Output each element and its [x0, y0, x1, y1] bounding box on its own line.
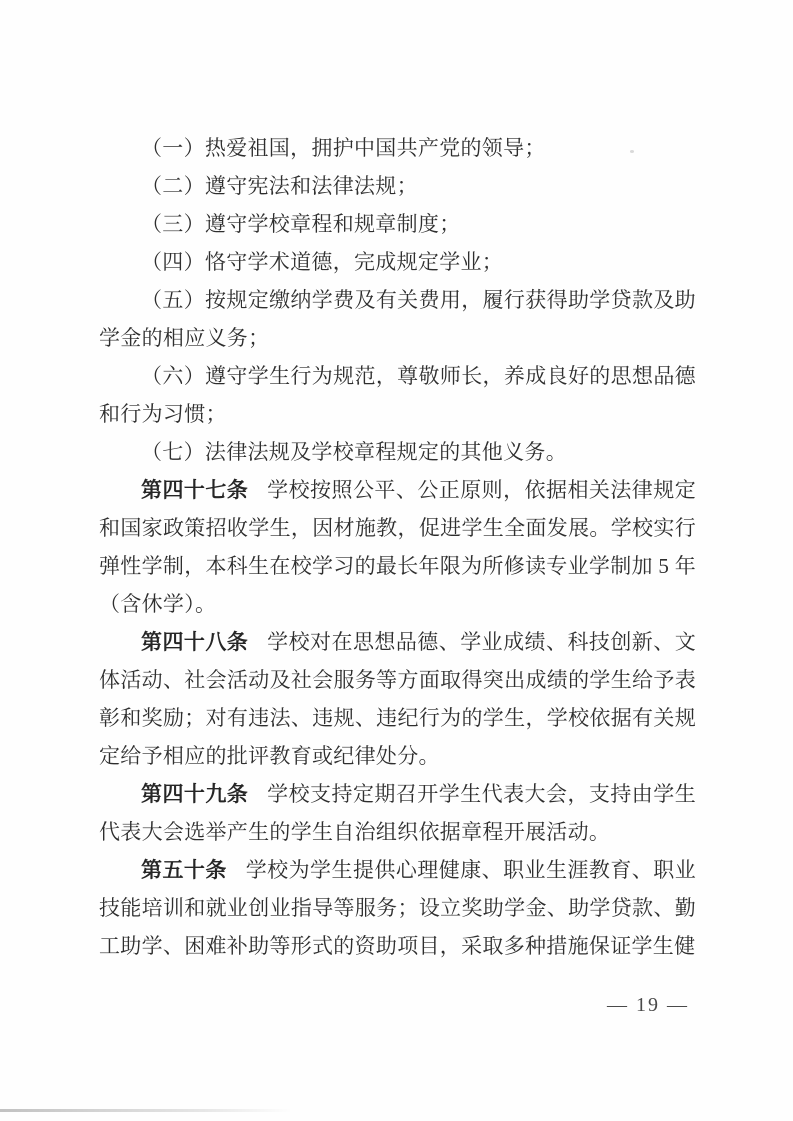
list-item-3: （三）遵守学校章程和规章制度； [99, 205, 696, 243]
scan-edge-artifact [0, 1109, 292, 1112]
list-item-4: （四）恪守学术道德，完成规定学业； [99, 243, 696, 281]
article-number: 第四十九条 [141, 782, 248, 806]
article-49: 第四十九条学校支持定期召开学生代表大会，支持由学生代表大会选举产生的学生自治组织… [99, 775, 696, 851]
list-item-1: （一）热爱祖国，拥护中国共产党的领导； [99, 129, 696, 167]
list-item-5: （五）按规定缴纳学费及有关费用，履行获得助学贷款及助学金的相应义务； [99, 281, 696, 357]
article-50: 第五十条学校为学生提供心理健康、职业生涯教育、职业技能培训和就业创业指导等服务；… [99, 851, 696, 965]
list-item-7: （七）法律法规及学校章程规定的其他义务。 [99, 433, 696, 471]
paragraph-text: （二）遵守宪法和法律法规； [141, 174, 418, 198]
document-page: （一）热爱祖国，拥护中国共产党的领导； （二）遵守宪法和法律法规； （三）遵守学… [0, 0, 793, 1121]
article-number: 第五十条 [141, 858, 227, 882]
paragraph-text: （七）法律法规及学校章程规定的其他义务。 [141, 440, 567, 464]
article-48: 第四十八条学校对在思想品德、学业成绩、科技创新、文体活动、社会活动及社会服务等方… [99, 623, 696, 775]
scan-speck-artifact [630, 150, 634, 153]
document-text-block: （一）热爱祖国，拥护中国共产党的领导； （二）遵守宪法和法律法规； （三）遵守学… [99, 129, 696, 965]
paragraph-text: （三）遵守学校章程和规章制度； [141, 212, 461, 236]
paragraph-text: （四）恪守学术道德，完成规定学业； [141, 250, 503, 274]
article-47: 第四十七条学校按照公平、公正原则，依据相关法律规定和国家政策招收学生，因材施教，… [99, 471, 696, 623]
article-number: 第四十八条 [141, 630, 248, 654]
page-number: — 19 — [607, 994, 689, 1017]
paragraph-text: （一）热爱祖国，拥护中国共产党的领导； [141, 136, 546, 160]
paragraph-text: （五）按规定缴纳学费及有关费用，履行获得助学贷款及助学金的相应义务； [99, 288, 696, 350]
paragraph-text: （六）遵守学生行为规范，尊敬师长，养成良好的思想品德和行为习惯； [99, 364, 696, 426]
list-item-6: （六）遵守学生行为规范，尊敬师长，养成良好的思想品德和行为习惯； [99, 357, 696, 433]
article-number: 第四十七条 [141, 478, 248, 502]
list-item-2: （二）遵守宪法和法律法规； [99, 167, 696, 205]
